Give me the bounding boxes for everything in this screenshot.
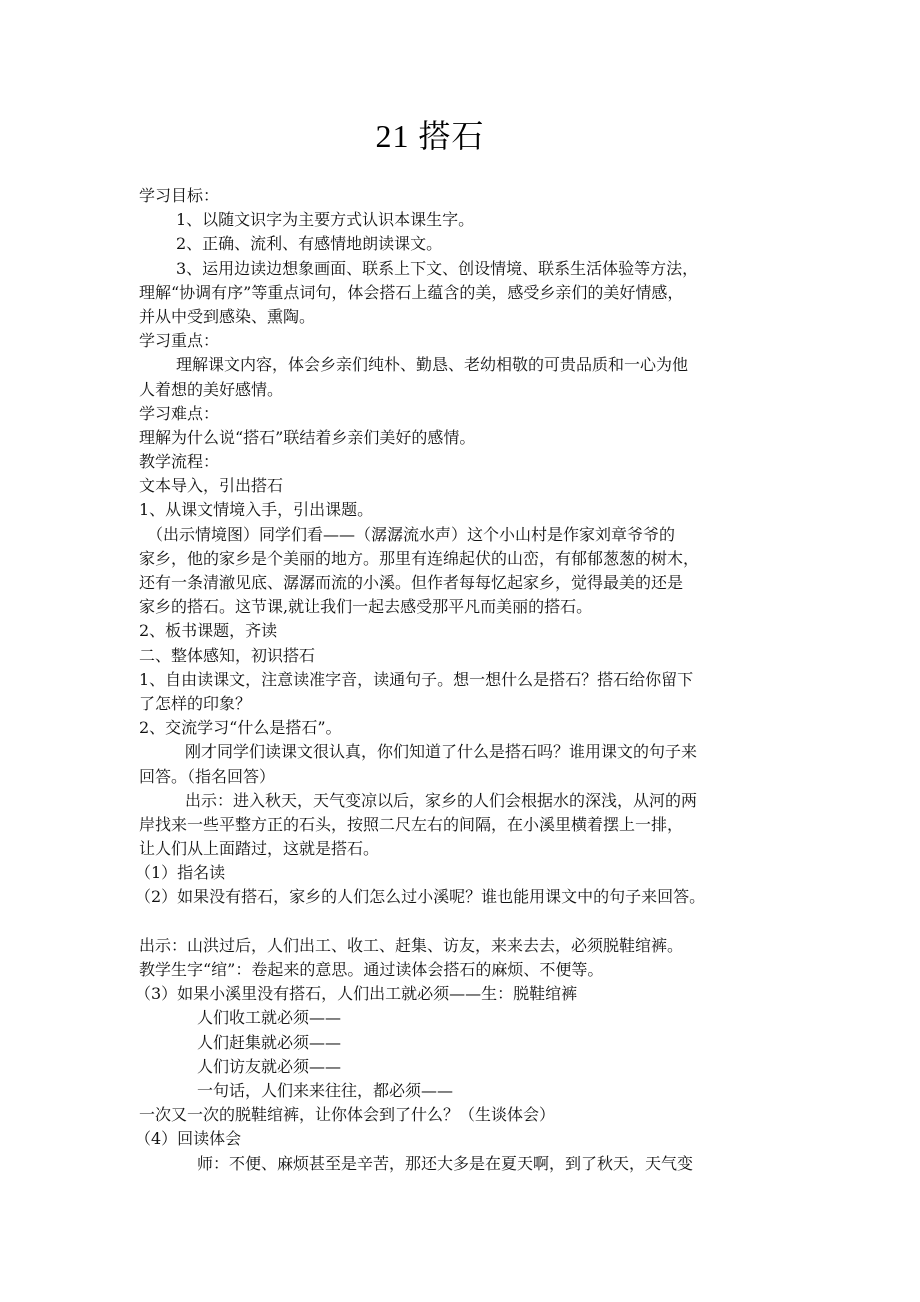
objectives-heading: 学习目标： (139, 184, 799, 208)
document-page: 21 搭石 学习目标： 1、以随文识字为主要方式认识本课生字。 2、正确、流利、… (0, 0, 920, 1302)
process-line: 刚才同学们读课文很认真，你们知道了什么是搭石吗？谁用课文的句子来 (139, 740, 799, 764)
process-line: 一次又一次的脱鞋绾裤，让你体会到了什么？（生谈体会） (139, 1103, 799, 1127)
process-line: 2、交流学习“什么是搭石”。 (139, 716, 799, 740)
process-line: 人们收工就必须—— (139, 1006, 799, 1030)
process-line: （2）如果没有搭石，家乡的人们怎么过小溪呢？谁也能用课文中的句子来回答。 (135, 885, 799, 909)
process-line: 出示：进入秋天，天气变凉以后，家乡的人们会根据水的深浅，从河的两 (139, 789, 799, 813)
objective-item: 1、以随文识字为主要方式认识本课生字。 (139, 208, 799, 232)
key-points-line: 理解课文内容，体会乡亲们纯朴、勤恳、老幼相敬的可贵品质和一心为他 (139, 353, 799, 377)
process-line: 岸找来一些平整方正的石头，按照二尺左右的间隔，在小溪里横着摆上一排， (139, 813, 799, 837)
process-line: 回答。（指名回答） (139, 765, 799, 789)
document-body: 学习目标： 1、以随文识字为主要方式认识本课生字。 2、正确、流利、有感情地朗读… (139, 184, 799, 1176)
objective-item-continued: 理解“协调有序”等重点词句，体会搭石上蕴含的美，感受乡亲们的美好情感， (139, 281, 799, 305)
objective-item: 2、正确、流利、有感情地朗读课文。 (139, 232, 799, 256)
key-points-heading: 学习重点： (139, 329, 799, 353)
process-line: 文本导入，引出搭石 (139, 474, 799, 498)
process-line: 家乡，他的家乡是个美丽的地方。那里有连绵起伏的山峦，有郁郁葱葱的树木， (139, 547, 799, 571)
process-line: 教学生字“绾”：卷起来的意思。通过读体会搭石的麻烦、不便等。 (139, 958, 799, 982)
process-line: （3）如果小溪里没有搭石，人们出工就必须——生：脱鞋绾裤 (135, 982, 799, 1006)
process-line: （出示情境图）同学们看——（潺潺流水声）这个小山村是作家刘章爷爷的 (135, 523, 799, 547)
process-line: 让人们从上面踏过，这就是搭石。 (139, 837, 799, 861)
process-line: 家乡的搭石。这节课,就让我们一起去感受那平凡而美丽的搭石。 (139, 595, 799, 619)
blank-line (139, 910, 799, 934)
process-line: 出示：山洪过后，人们出工、收工、赶集、访友，来来去去，必须脱鞋绾裤。 (139, 934, 799, 958)
process-line: 师：不便、麻烦甚至是辛苦，那还大多是在夏天啊，到了秋天，天气变 (139, 1152, 799, 1176)
document-title: 21 搭石 (0, 116, 860, 156)
process-line: 人们赶集就必须—— (139, 1031, 799, 1055)
process-line: 1、从课文情境入手，引出课题。 (139, 498, 799, 522)
process-line: （1）指名读 (135, 861, 799, 885)
process-heading: 教学流程： (139, 450, 799, 474)
process-line: （4）回读体会 (135, 1127, 799, 1151)
process-line: 了怎样的印象？ (139, 692, 799, 716)
objective-item: 3、运用边读边想象画面、联系上下文、创设情境、联系生活体验等方法， (139, 257, 799, 281)
difficulties-heading: 学习难点： (139, 402, 799, 426)
key-points-line: 人着想的美好感情。 (139, 378, 799, 402)
process-line: 人们访友就必须—— (139, 1055, 799, 1079)
process-line: 还有一条清澈见底、潺潺而流的小溪。但作者每每忆起家乡，觉得最美的还是 (139, 571, 799, 595)
process-line: 二、整体感知，初识搭石 (139, 644, 799, 668)
process-line: 一句话，人们来来往往，都必须—— (139, 1079, 799, 1103)
process-line: 2、板书课题，齐读 (139, 619, 799, 643)
difficulties-line: 理解为什么说“搭石”联结着乡亲们美好的感情。 (139, 426, 799, 450)
process-line: 1、自由读课文，注意读准字音，读通句子。想一想什么是搭石？搭石给你留下 (139, 668, 799, 692)
objective-item-continued: 并从中受到感染、熏陶。 (139, 305, 799, 329)
